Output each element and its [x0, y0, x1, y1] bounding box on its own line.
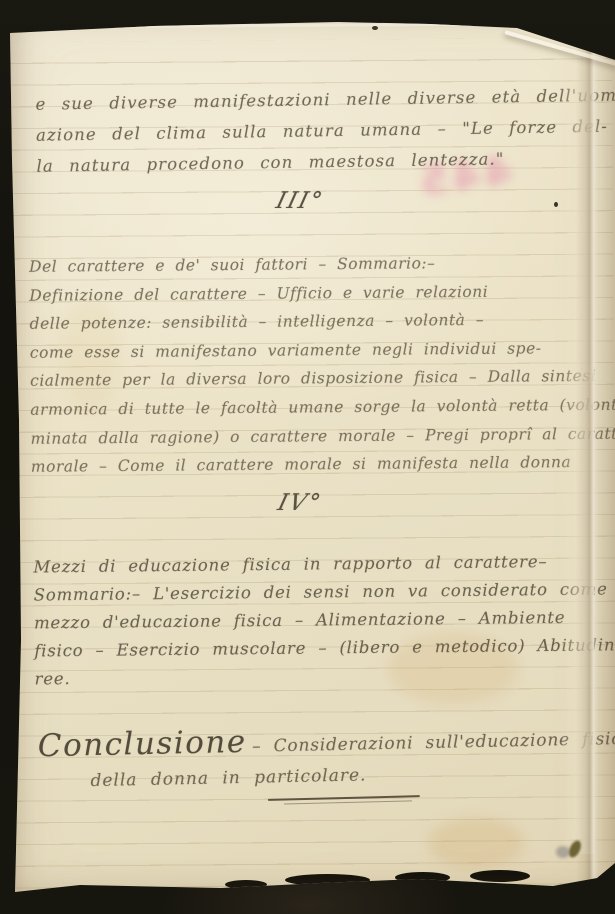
section-4-paragraph: Mezzi di educazione fisica in rapporto a…: [33, 547, 615, 694]
conclusion-paragraph: Conclusione – Considerazioni sull'educaz…: [37, 716, 615, 792]
olive-stain-spot: [567, 839, 584, 860]
page-top-edge-highlight: [20, 23, 520, 29]
ink-speck: [372, 26, 378, 30]
torn-edge-blob: [470, 870, 530, 882]
closing-flourish-rule: [268, 795, 420, 809]
section-heading-3: III°: [0, 188, 603, 214]
section-heading-4: IV°: [0, 490, 603, 516]
paper-stain: [428, 818, 524, 868]
handwriting-line: – Considerazioni sull'educazione fisica: [252, 729, 615, 757]
manuscript-photo: 445 e sue diverse manifestazioni nelle d…: [0, 0, 615, 914]
torn-edge-blob: [285, 874, 370, 886]
handwriting-line: armonica di tutte le facoltà umane sorge…: [30, 390, 615, 424]
torn-edge-blob: [225, 880, 267, 889]
ink-speck: [554, 202, 558, 207]
handwriting-line: fisico – Esercizio muscolare – (libero e…: [34, 631, 615, 666]
torn-edge-blob: [395, 872, 450, 883]
top-right-fold-edge: [504, 30, 615, 66]
paper-page: 445 e sue diverse manifestazioni nelle d…: [0, 0, 615, 914]
section-3-paragraph: Del carattere e de' suoi fattori – Somma…: [29, 247, 615, 481]
handwriting-line: morale – Come il carattere morale si man…: [31, 447, 615, 481]
gray-smudge: [556, 846, 570, 858]
intro-paragraph: e sue diverse manifestazioni nelle diver…: [35, 79, 615, 181]
conclusion-lead: Conclusione: [37, 724, 247, 764]
handwriting-line: della donna in particolare.: [90, 760, 615, 791]
